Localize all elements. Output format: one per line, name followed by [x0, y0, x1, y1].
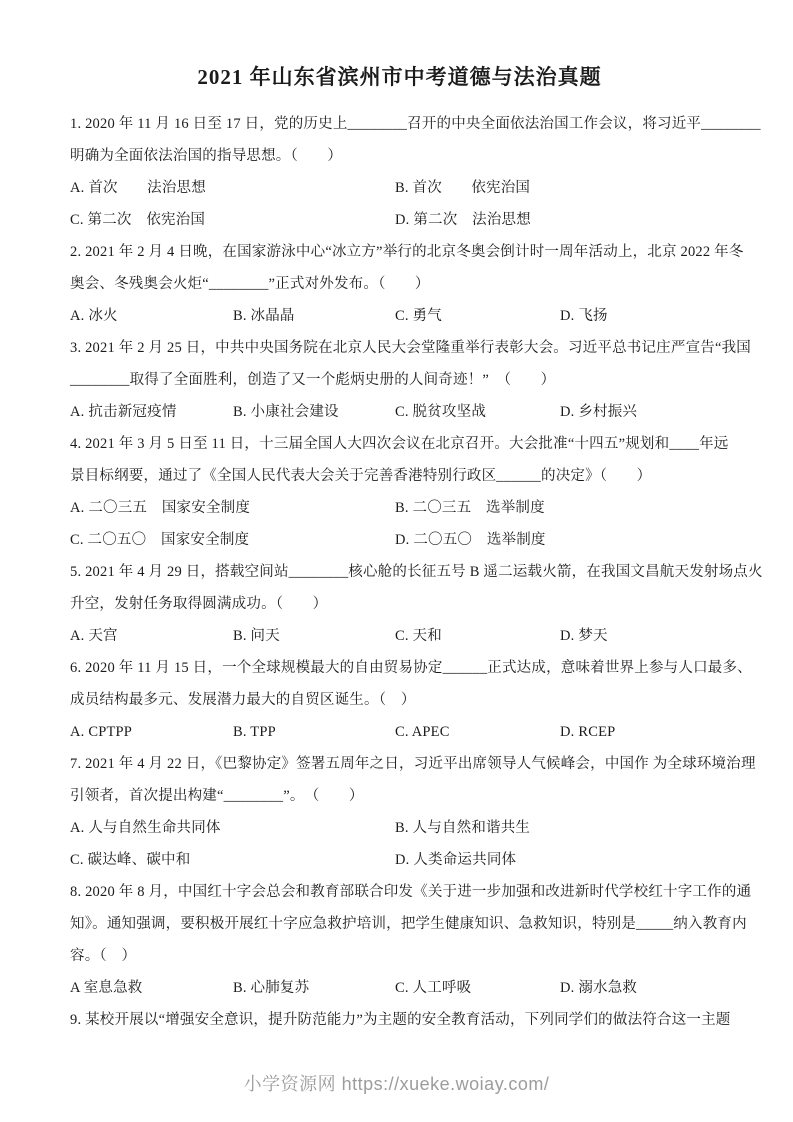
option-b: B. TPP: [233, 716, 395, 748]
question-3-line-1: 3. 2021 年 2 月 25 日，中共中央国务院在北京人民大会堂隆重举行表彰…: [70, 332, 729, 364]
option-d: D. RCEP: [560, 716, 729, 748]
question-6-line-2: 成员结构最多元、发展潜力最大的自贸区诞生。（ ）: [70, 684, 729, 716]
option-a: A. 冰火: [70, 300, 233, 332]
question-7: 7. 2021 年 4 月 22 日，《巴黎协定》签署五周年之日，习近平出席领导…: [70, 748, 729, 876]
question-4-line-1: 4. 2021 年 3 月 5 日至 11 日，十三届全国人大四次会议在北京召开…: [70, 428, 729, 460]
question-2: 2. 2021 年 2 月 4 日晚，在国家游泳中心“冰立方”举行的北京冬奥会倒…: [70, 236, 729, 332]
question-5-line-1: 5. 2021 年 4 月 29 日，搭载空间站________核心舱的长征五号…: [70, 556, 729, 588]
option-d: D. 飞扬: [560, 300, 729, 332]
option-a: A. 首次 法治思想: [70, 172, 395, 204]
question-6: 6. 2020 年 11 月 15 日，一个全球规模最大的自由贸易协定_____…: [70, 652, 729, 748]
question-5-line-2: 升空，发射任务取得圆满成功。（ ）: [70, 588, 729, 620]
question-3-options-row-1: A. 抗击新冠疫情 B. 小康社会建设 C. 脱贫攻坚战 D. 乡村振兴: [70, 396, 729, 428]
page-title: 2021 年山东省滨州市中考道德与法治真题: [70, 60, 729, 94]
question-6-options-row-1: A. CPTPP B. TPP C. APEC D. RCEP: [70, 716, 729, 748]
question-2-line-2: 奥会、冬残奥会火炬“________”正式对外发布。（ ）: [70, 268, 729, 300]
option-b: B. 冰晶晶: [233, 300, 395, 332]
option-d: D. 乡村振兴: [560, 396, 729, 428]
option-b: B. 二〇三五 选举制度: [395, 492, 729, 524]
option-a: A. 抗击新冠疫情: [70, 396, 233, 428]
option-a: A. CPTPP: [70, 716, 233, 748]
question-7-line-1: 7. 2021 年 4 月 22 日，《巴黎协定》签署五周年之日，习近平出席领导…: [70, 748, 729, 780]
option-c: C. 脱贫攻坚战: [395, 396, 560, 428]
option-c: C. 第二次 依宪治国: [70, 204, 395, 236]
option-b: B. 小康社会建设: [233, 396, 395, 428]
question-1-line-2: 明确为全面依法治国的指导思想。（ ）: [70, 140, 729, 172]
option-d: D. 溺水急救: [560, 972, 729, 1004]
option-d: D. 二〇五〇 选举制度: [395, 524, 729, 556]
question-1: 1. 2020 年 11 月 16 日至 17 日，党的历史上________召…: [70, 108, 729, 236]
option-d: D. 人类命运共同体: [395, 844, 729, 876]
question-4-line-2: 景目标纲要，通过了《全国人民代表大会关于完善香港特别行政区______的决定》（…: [70, 460, 729, 492]
question-2-line-1: 2. 2021 年 2 月 4 日晚，在国家游泳中心“冰立方”举行的北京冬奥会倒…: [70, 236, 729, 268]
question-7-options-row-2: C. 碳达峰、碳中和 D. 人类命运共同体: [70, 844, 729, 876]
question-1-line-1: 1. 2020 年 11 月 16 日至 17 日，党的历史上________召…: [70, 108, 729, 140]
question-9: 9. 某校开展以“增强安全意识，提升防范能力”为主题的安全教育活动，下列同学们的…: [70, 1004, 729, 1036]
question-8-line-2: 知》。通知强调，要积极开展红十字应急救护培训，把学生健康知识、急救知识，特别是_…: [70, 908, 729, 940]
question-3: 3. 2021 年 2 月 25 日，中共中央国务院在北京人民大会堂隆重举行表彰…: [70, 332, 729, 428]
option-c: C. 碳达峰、碳中和: [70, 844, 395, 876]
exam-document-page: 2021 年山东省滨州市中考道德与法治真题 1. 2020 年 11 月 16 …: [0, 0, 793, 1122]
question-5: 5. 2021 年 4 月 29 日，搭载空间站________核心舱的长征五号…: [70, 556, 729, 652]
option-c: C. APEC: [395, 716, 560, 748]
option-b: B. 心肺复苏: [233, 972, 395, 1004]
option-b: B. 首次 依宪治国: [395, 172, 729, 204]
question-4-options-row-2: C. 二〇五〇 国家安全制度 D. 二〇五〇 选举制度: [70, 524, 729, 556]
option-c: C. 天和: [395, 620, 560, 652]
question-8-line-1: 8. 2020 年 8 月，中国红十字会总会和教育部联合印发《关于进一步加强和改…: [70, 876, 729, 908]
document-content: 2021 年山东省滨州市中考道德与法治真题 1. 2020 年 11 月 16 …: [70, 60, 729, 1036]
question-7-options-row-1: A. 人与自然生命共同体 B. 人与自然和谐共生: [70, 812, 729, 844]
question-8-options-row-1: A 室息急救 B. 心肺复苏 C. 人工呼吸 D. 溺水急救: [70, 972, 729, 1004]
option-d: D. 梦天: [560, 620, 729, 652]
question-1-options-row-1: A. 首次 法治思想 B. 首次 依宪治国: [70, 172, 729, 204]
question-7-line-2: 引领者，首次提出构建“________”。 （ ）: [70, 780, 729, 812]
option-c: C. 人工呼吸: [395, 972, 560, 1004]
question-8: 8. 2020 年 8 月，中国红十字会总会和教育部联合印发《关于进一步加强和改…: [70, 876, 729, 1004]
option-d: D. 第二次 法治思想: [395, 204, 729, 236]
question-9-line-1: 9. 某校开展以“增强安全意识，提升防范能力”为主题的安全教育活动，下列同学们的…: [70, 1004, 729, 1036]
option-a: A 室息急救: [70, 972, 233, 1004]
option-c: C. 勇气: [395, 300, 560, 332]
option-c: C. 二〇五〇 国家安全制度: [70, 524, 395, 556]
question-6-line-1: 6. 2020 年 11 月 15 日，一个全球规模最大的自由贸易协定_____…: [70, 652, 729, 684]
question-4-options-row-1: A. 二〇三五 国家安全制度 B. 二〇三五 选举制度: [70, 492, 729, 524]
option-a: A. 二〇三五 国家安全制度: [70, 492, 395, 524]
question-5-options-row-1: A. 天宫 B. 问天 C. 天和 D. 梦天: [70, 620, 729, 652]
option-a: A. 人与自然生命共同体: [70, 812, 395, 844]
question-2-options-row-1: A. 冰火 B. 冰晶晶 C. 勇气 D. 飞扬: [70, 300, 729, 332]
option-a: A. 天宫: [70, 620, 233, 652]
option-b: B. 人与自然和谐共生: [395, 812, 729, 844]
question-4: 4. 2021 年 3 月 5 日至 11 日，十三届全国人大四次会议在北京召开…: [70, 428, 729, 556]
question-1-options-row-2: C. 第二次 依宪治国 D. 第二次 法治思想: [70, 204, 729, 236]
question-8-line-3: 容。（ ）: [70, 940, 729, 972]
watermark-footer: 小学资源网 https://xueke.woiay.com/: [0, 1070, 793, 1096]
option-b: B. 问天: [233, 620, 395, 652]
question-3-line-2: ________取得了全面胜利，创造了又一个彪炳史册的人间奇迹！” （ ）: [70, 364, 729, 396]
